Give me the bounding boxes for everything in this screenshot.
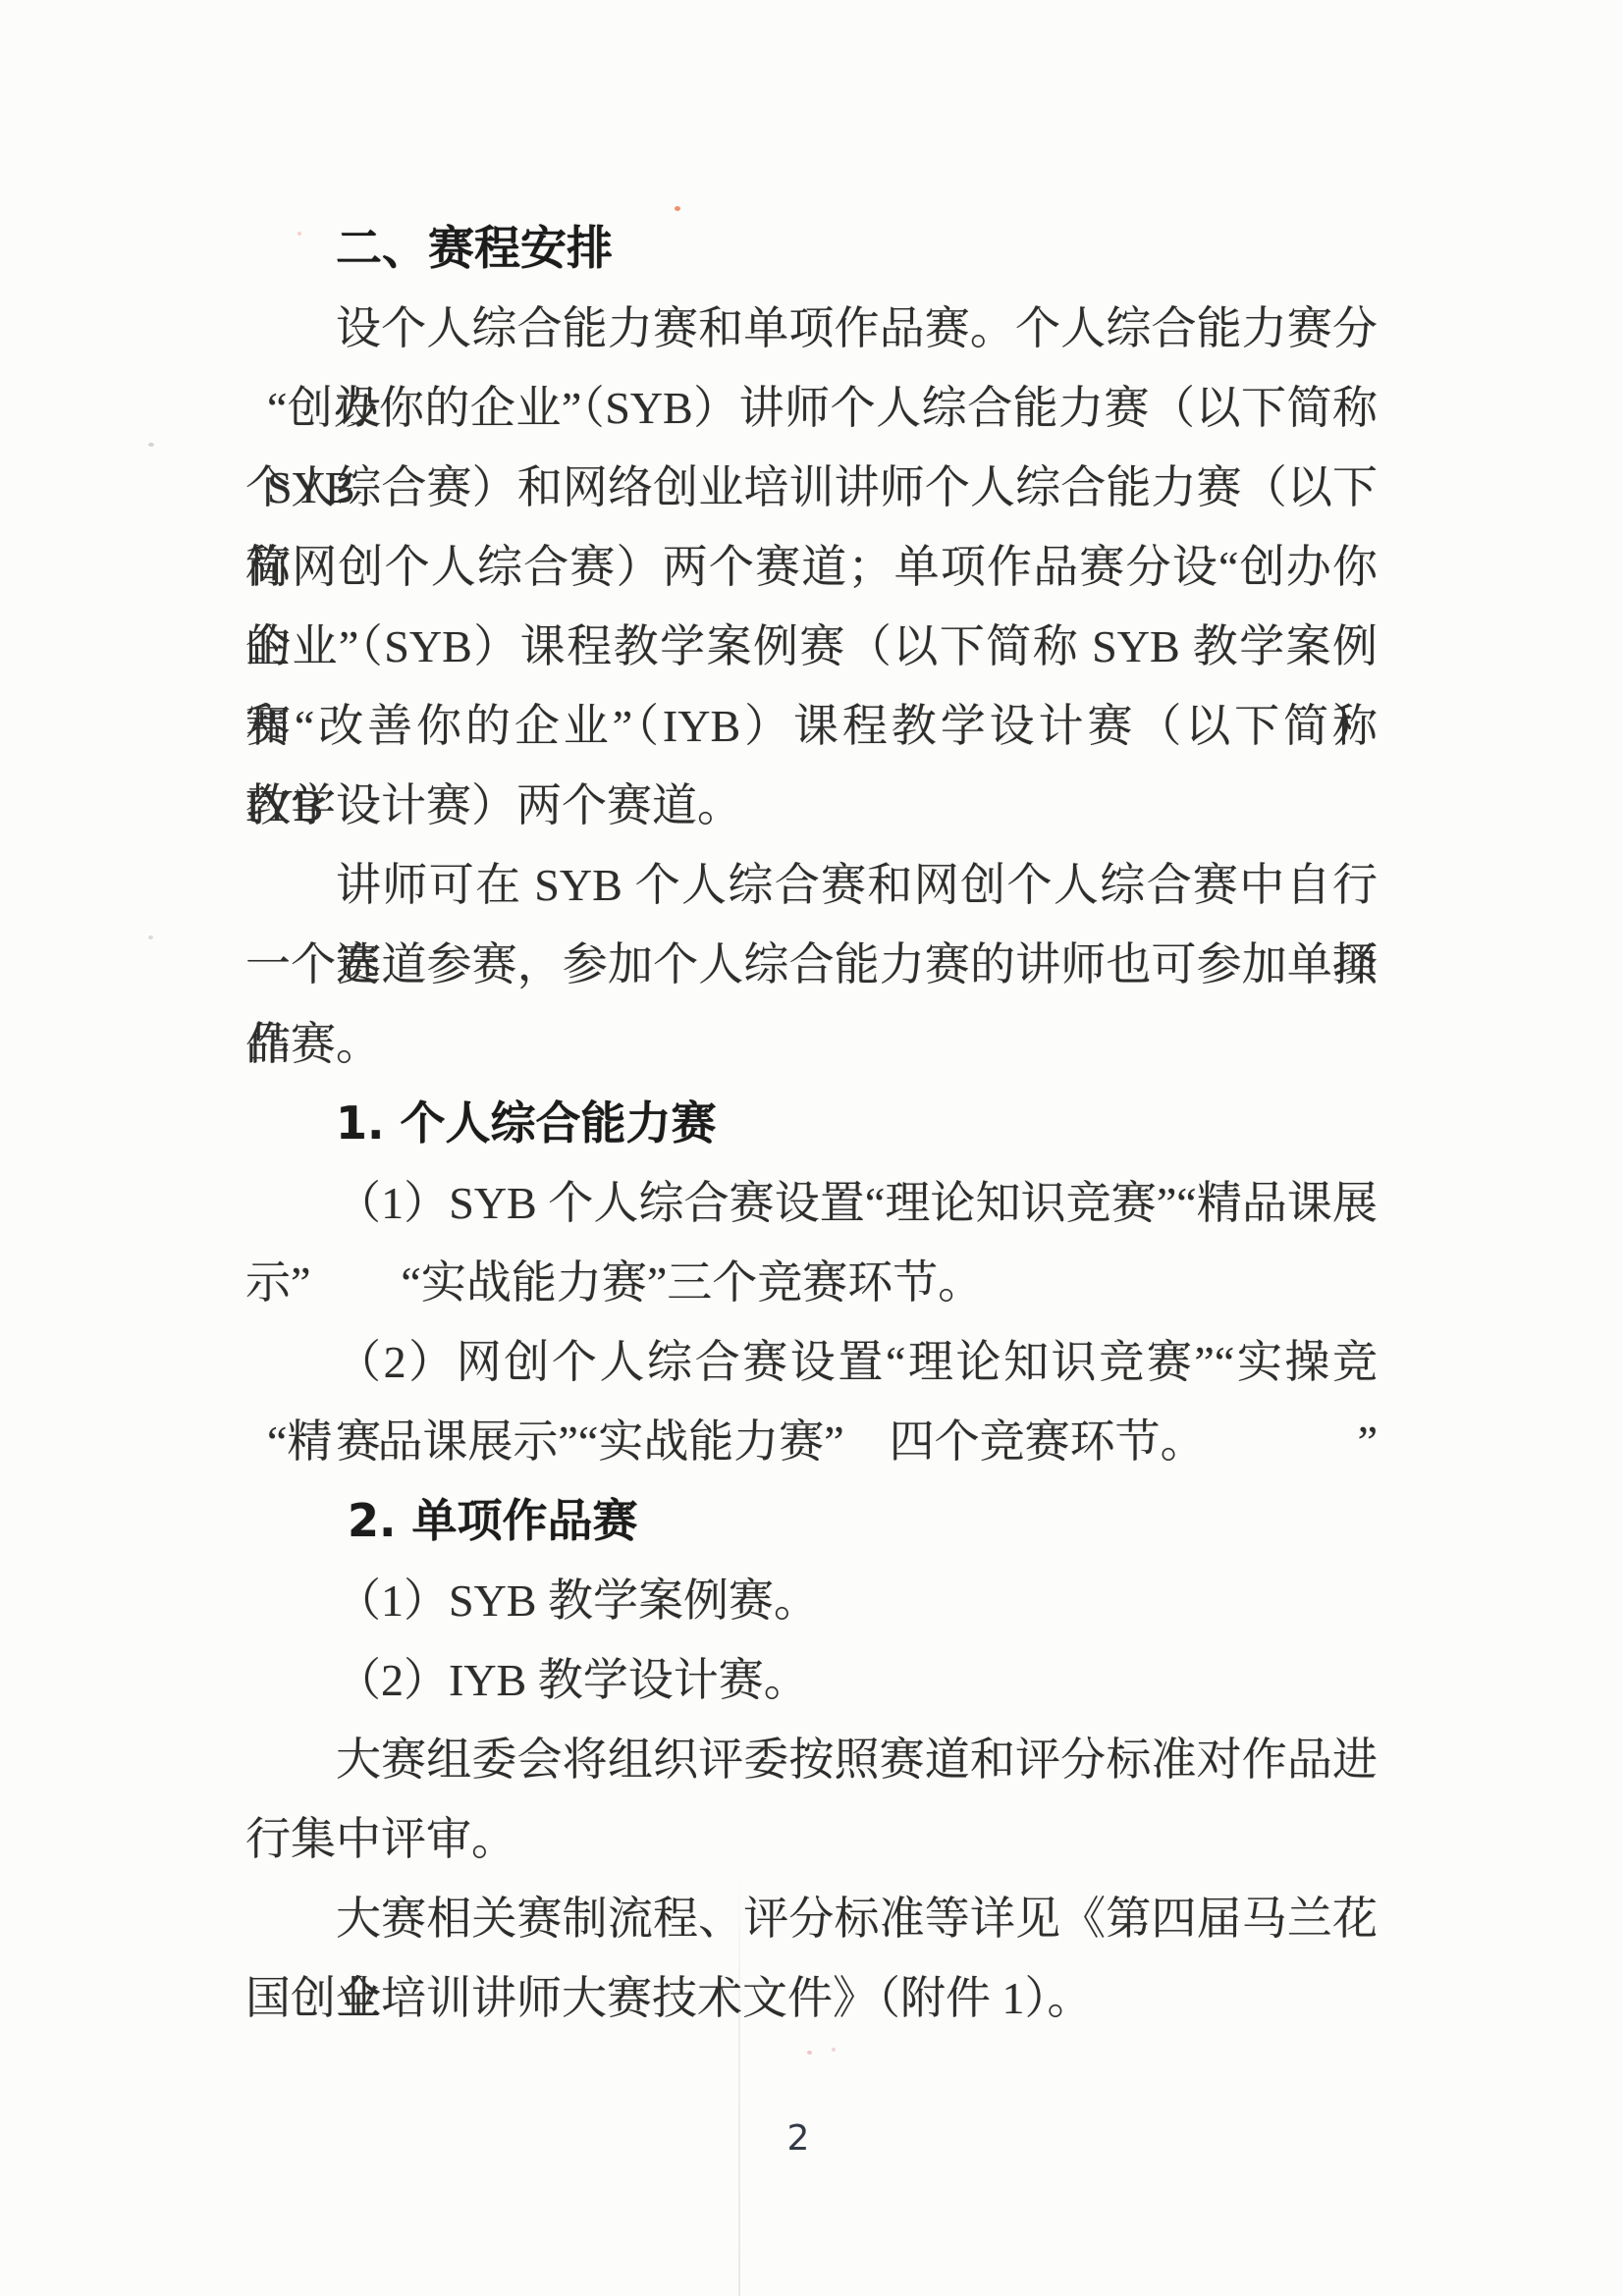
subsection-heading-1: 1. 个人综合能力赛 [245, 1084, 1378, 1163]
scan-speck [148, 935, 153, 939]
text-line: 示” “实战能力赛”三个竞赛环节。 [245, 1243, 1378, 1322]
text-block: 二、赛程安排 设个人综合能力赛和单项作品赛。个人综合能力赛分设 “创办你的企业”… [245, 209, 1378, 2038]
page-number: 2 [775, 2117, 822, 2164]
text-line: （2）网创个人综合赛设置“理论知识竞赛”“实操竞赛” [245, 1322, 1378, 1402]
subsection-heading-2: 2. 单项作品赛 [245, 1481, 1378, 1561]
text-line: （2）IYB 教学设计赛。 [245, 1640, 1378, 1720]
text-line: （1）SYB 教学案例赛。 [245, 1561, 1378, 1640]
text-line: 教学设计赛）两个赛道。 [245, 766, 1378, 845]
scan-speck [298, 232, 301, 236]
text-line: 个人综合赛）和网络创业培训讲师个人综合能力赛（以下简 [245, 448, 1378, 527]
scan-speck [148, 443, 154, 447]
document-page: 二、赛程安排 设个人综合能力赛和单项作品赛。个人综合能力赛分设 “创办你的企业”… [0, 0, 1623, 2296]
text-line: 大赛组委会将组织评委按照赛道和评分标准对作品进 [245, 1720, 1378, 1799]
text-line: 国创业培训讲师大赛技术文件》（附件 1）。 [245, 1958, 1378, 2038]
text-line: 企业”（SYB）课程教学案例赛（以下简称 SYB 教学案例赛） [245, 607, 1378, 686]
text-line: 称网创个人综合赛）两个赛道；单项作品赛分设“创办你的 [245, 527, 1378, 607]
text-line: 品赛。 [245, 1004, 1378, 1084]
scan-speck [832, 2048, 836, 2052]
text-line: 行集中评审。 [245, 1799, 1378, 1879]
text-line: 和“改善你的企业”（IYB）课程教学设计赛（以下简称 IYB [245, 686, 1378, 766]
paper-fold-line [738, 1865, 740, 2296]
text-line: （1）SYB 个人综合赛设置“理论知识竞赛”“精品课展 [245, 1163, 1378, 1243]
text-line: 设个人综合能力赛和单项作品赛。个人综合能力赛分设 [245, 289, 1378, 368]
text-line: 大赛相关赛制流程、评分标准等详见《第四届马兰花全 [245, 1879, 1378, 1958]
text-line: 讲师可在 SYB 个人综合赛和网创个人综合赛中自行选择 [245, 845, 1378, 925]
section-heading: 二、赛程安排 [245, 209, 1378, 289]
scan-speck [807, 2051, 812, 2055]
text-line: 一个赛道参赛，参加个人综合能力赛的讲师也可参加单项作 [245, 925, 1378, 1004]
text-line: “创办你的企业”（SYB）讲师个人综合能力赛（以下简称 SYB [245, 368, 1378, 448]
scan-speck [675, 206, 680, 211]
